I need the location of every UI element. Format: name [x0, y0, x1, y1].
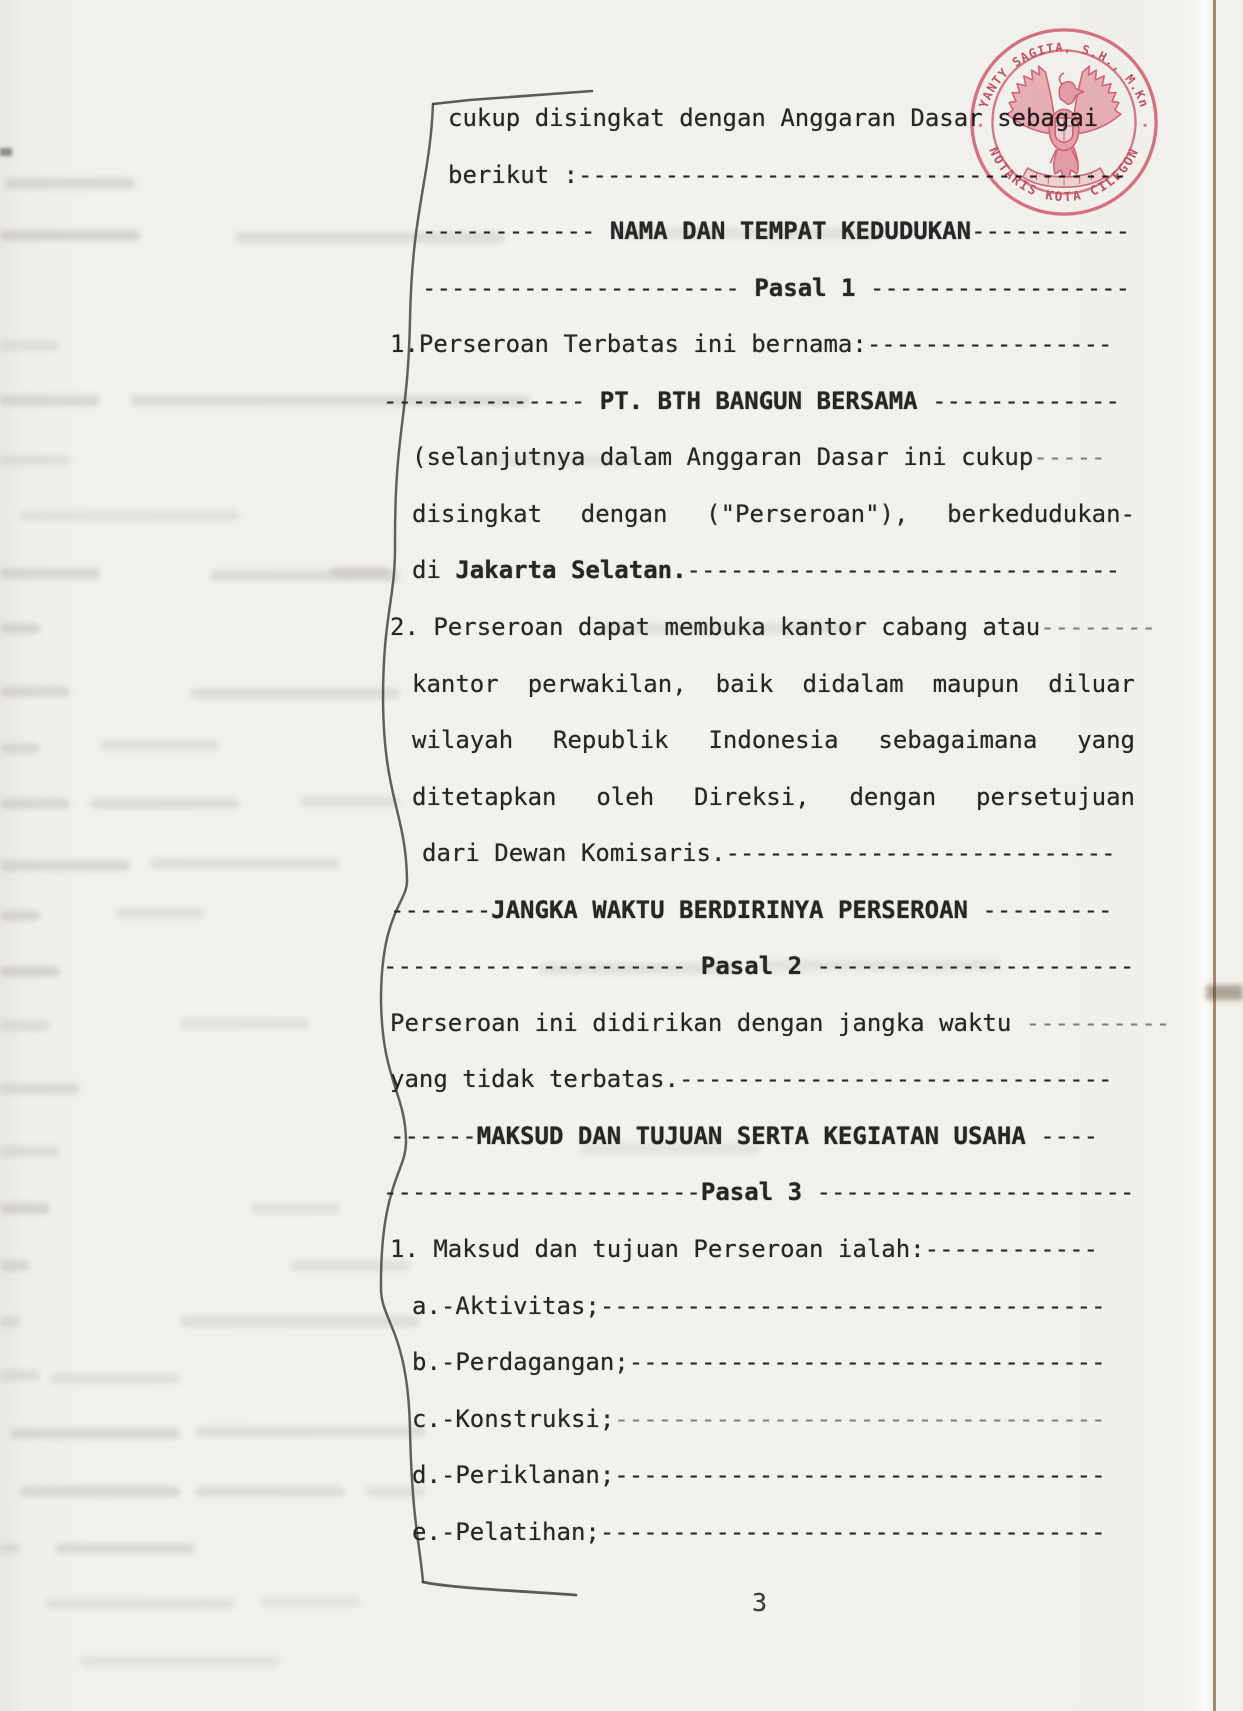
typed-line: c.-Konstruksi;--------------------------… — [412, 1407, 1106, 1431]
typed-segment: ----------------- — [867, 330, 1113, 358]
typed-segment: a.-Aktivitas; — [412, 1292, 600, 1320]
typed-segment: ---------------------- — [422, 274, 754, 302]
garuda-pancasila-icon — [1007, 66, 1121, 187]
typed-line: --------------------- Pasal 2 ----------… — [383, 954, 1134, 978]
typed-line: kantor perwakilan, baik didalam maupun d… — [412, 672, 1135, 696]
typed-segment: ---- — [1026, 1122, 1098, 1150]
typed-segment: ------- — [390, 896, 491, 924]
typed-segment: ------------ — [422, 217, 610, 245]
typed-line: ------MAKSUD DAN TUJUAN SERTA KEGIATAN U… — [390, 1124, 1098, 1148]
typed-line: 1.Perseroan Terbatas ini bernama:-------… — [390, 332, 1112, 356]
typed-line: ---------------------- Pasal 1 ---------… — [422, 276, 1130, 300]
typed-segment: ---------------------------------- — [614, 1405, 1105, 1433]
typed-line: d.-Periklanan;--------------------------… — [412, 1463, 1106, 1487]
typed-line: (selanjutnya dalam Anggaran Dasar ini cu… — [412, 445, 1106, 469]
typed-segment: ----------------------------------- — [600, 1518, 1106, 1546]
typed-segment: (selanjutnya dalam Anggaran Dasar ini cu… — [412, 443, 1033, 471]
typed-segment: 1.Perseroan Terbatas ini bernama: — [390, 330, 867, 358]
typed-segment-bold: NAMA DAN TEMPAT KEDUDUKAN — [610, 217, 971, 245]
typed-line: ------------ NAMA DAN TEMPAT KEDUDUKAN--… — [422, 219, 1130, 243]
typed-segment: ------------- — [918, 387, 1120, 415]
typed-segment-bold: MAKSUD DAN TUJUAN SERTA KEGIATAN USAHA — [477, 1122, 1026, 1150]
typed-segment: ---------------------- — [383, 1178, 701, 1206]
typed-segment: ------------------------------ — [679, 1065, 1112, 1093]
typed-segment: dari Dewan Komisaris. — [422, 839, 725, 867]
typed-line: -------JANGKA WAKTU BERDIRINYA PERSEROAN… — [390, 898, 1112, 922]
paper-sheet: cukup disingkat dengan Anggaran Dasar se… — [0, 0, 1243, 1711]
typed-segment: ------------ — [925, 1235, 1098, 1263]
typed-segment: b.-Perdagangan; — [412, 1348, 629, 1376]
typed-segment: ----------------------------------- — [600, 1292, 1106, 1320]
typed-line: -------------- PT. BTH BANGUN BERSAMA --… — [383, 389, 1120, 413]
typed-segment: berikut : — [448, 161, 578, 189]
typed-segment: c.-Konstruksi; — [412, 1405, 614, 1433]
typed-segment: 1. Maksud dan tujuan Perseroan ialah: — [390, 1235, 925, 1263]
typed-line: yang tidak terbatas.--------------------… — [390, 1067, 1112, 1091]
typed-segment: --------------------- — [383, 952, 701, 980]
stamp-star-right-icon: ✶ — [1142, 121, 1148, 131]
typed-segment: --------- — [968, 896, 1113, 924]
typed-segment: disingkat dengan ("Perseroan"), berkedud… — [412, 500, 1135, 528]
typed-segment: 2. Perseroan dapat membuka kantor cabang… — [390, 613, 1040, 641]
typed-line: Perseroan ini didirikan dengan jangka wa… — [390, 1011, 1170, 1035]
typed-segment: ---------------------- — [802, 1178, 1134, 1206]
typed-segment-bold: Jakarta Selatan. — [455, 556, 686, 584]
typed-line: dari Dewan Komisaris.-------------------… — [422, 841, 1116, 865]
typed-line: 2. Perseroan dapat membuka kantor cabang… — [390, 615, 1156, 639]
typed-segment: ------------------------------ — [687, 556, 1120, 584]
typed-segment: Perseroan ini didirikan dengan jangka wa… — [390, 1009, 1026, 1037]
typed-segment-bold: Pasal 1 — [754, 274, 855, 302]
typed-segment: kantor perwakilan, baik didalam maupun d… — [412, 670, 1135, 698]
typed-line: b.-Perdagangan;-------------------------… — [412, 1350, 1106, 1374]
typed-segment-bold: Pasal 2 — [701, 952, 802, 980]
typed-line: a.-Aktivitas;---------------------------… — [412, 1294, 1106, 1318]
typed-segment: ---------------------- — [802, 952, 1134, 980]
typed-line: di Jakarta Selatan.---------------------… — [412, 558, 1120, 582]
typed-segment: e.-Pelatihan; — [412, 1518, 600, 1546]
binding-stripe-smudge — [1206, 985, 1243, 1000]
typed-line: 1. Maksud dan tujuan Perseroan ialah:---… — [390, 1237, 1098, 1261]
typed-segment: di — [412, 556, 455, 584]
typed-segment: wilayah Republik Indonesia sebagaimana y… — [412, 726, 1135, 754]
typed-segment: -------- — [1040, 613, 1156, 641]
typed-segment-bold: JANGKA WAKTU BERDIRINYA PERSEROAN — [491, 896, 968, 924]
typed-segment: ditetapkan oleh Direksi, dengan persetuj… — [412, 783, 1135, 811]
typed-segment: d.-Periklanan; — [412, 1461, 614, 1489]
typed-segment: ---------- — [1026, 1009, 1171, 1037]
typed-segment: -------------- — [383, 387, 600, 415]
typed-segment: ---------------------------------- — [614, 1461, 1105, 1489]
typed-line: e.-Pelatihan;---------------------------… — [412, 1520, 1106, 1544]
typed-segment: --------------------------- — [725, 839, 1115, 867]
typed-segment: --------------------------------- — [629, 1348, 1106, 1376]
typed-segment-bold: Pasal 3 — [701, 1178, 802, 1206]
binding-stripe — [1213, 0, 1243, 1711]
stamp-star-left-icon: ✶ — [978, 121, 984, 131]
notary-stamp: YANTY SAGITA, S.H., M.Kn NOTARIS KOTA CI… — [966, 24, 1162, 220]
typed-segment: ------------------ — [856, 274, 1131, 302]
typed-line: disingkat dengan ("Perseroan"), berkedud… — [412, 502, 1135, 526]
page-number: 3 — [752, 1588, 767, 1617]
typed-segment-bold: PT. BTH BANGUN BERSAMA — [600, 387, 918, 415]
scanned-document-page: { "page": { "number": "3" }, "stamp": { … — [0, 0, 1243, 1711]
typed-text-block: cukup disingkat dengan Anggaran Dasar se… — [0, 0, 1243, 1711]
typed-line: ----------------------Pasal 3 ----------… — [383, 1180, 1134, 1204]
typed-segment: ------ — [390, 1122, 477, 1150]
page-edge-gap — [1194, 0, 1213, 1711]
typed-line: ditetapkan oleh Direksi, dengan persetuj… — [412, 785, 1135, 809]
typed-segment: ----------- — [971, 217, 1130, 245]
typed-segment: ----- — [1033, 443, 1105, 471]
typed-line: wilayah Republik Indonesia sebagaimana y… — [412, 728, 1135, 752]
typed-segment: yang tidak terbatas. — [390, 1065, 679, 1093]
